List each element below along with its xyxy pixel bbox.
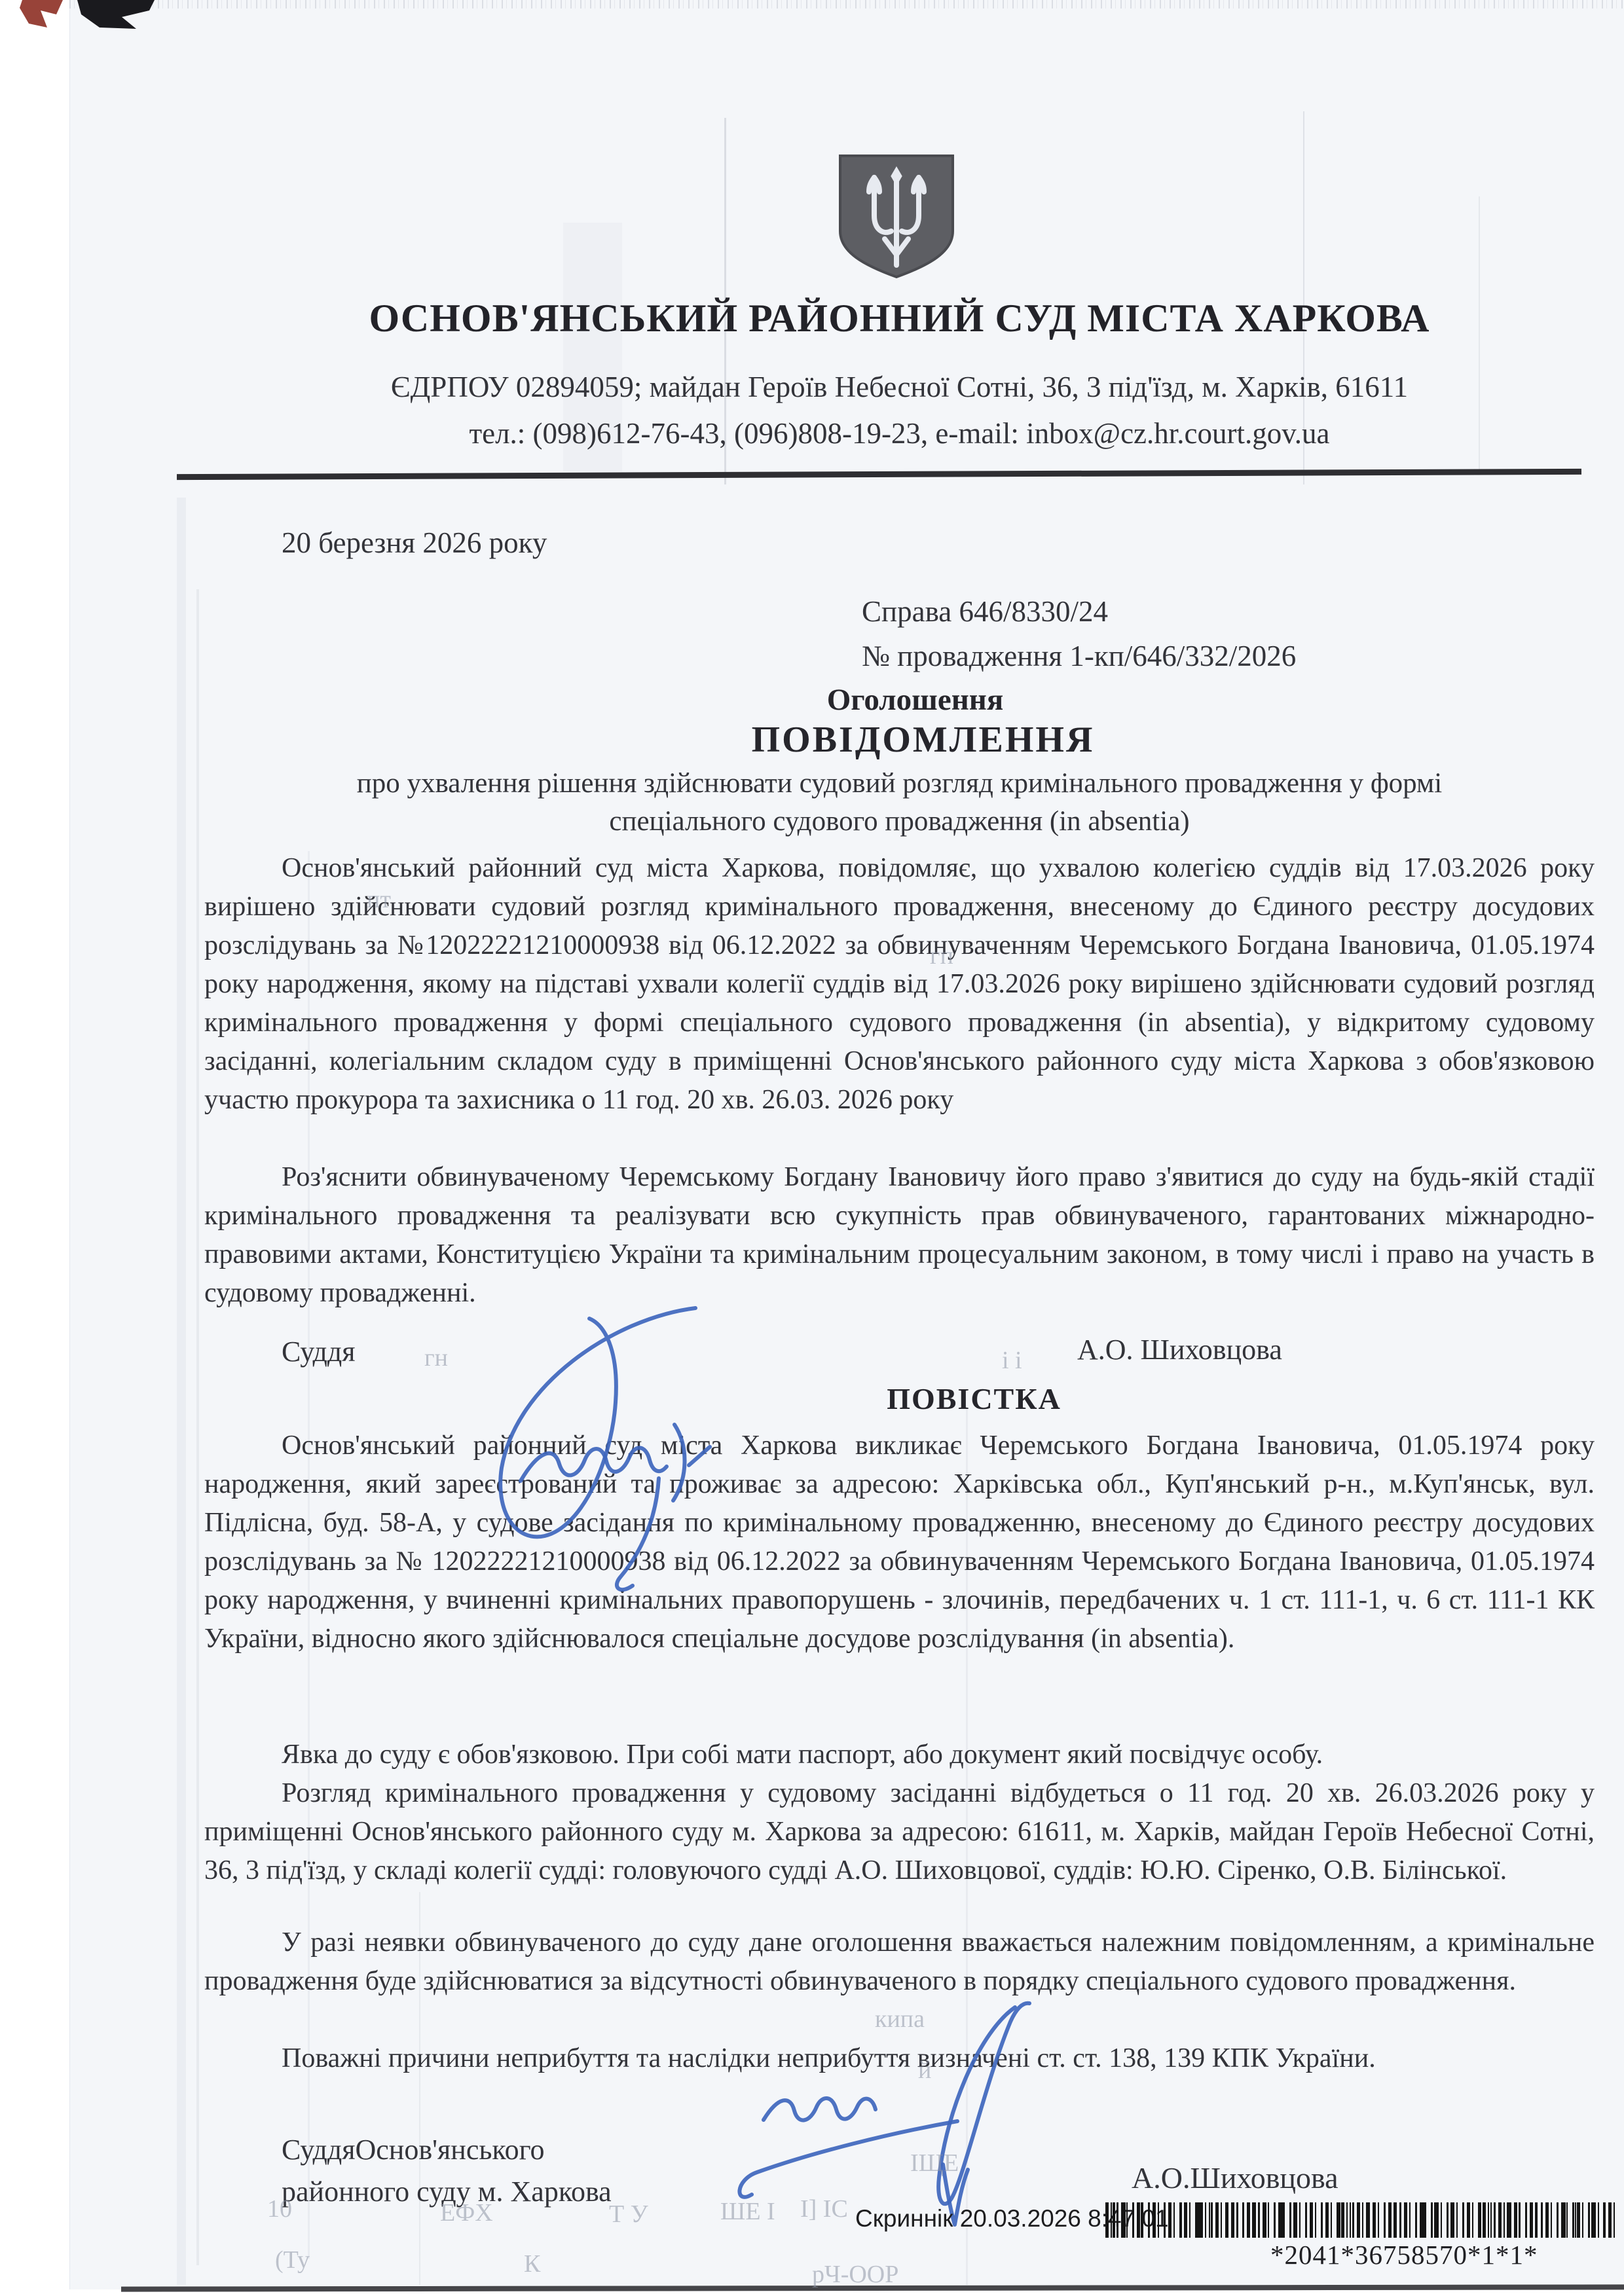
barcode-number: *2041*36758570*1*1* [1270, 2239, 1538, 2270]
ghost-text: Т У [609, 2200, 648, 2229]
ghost-text: К [524, 2250, 540, 2278]
ghost-text: рЧ-ООР [812, 2260, 898, 2289]
ghost-text: пт [367, 885, 391, 914]
closing-signature [0, 0, 1624, 2296]
ghost-text: ШЕ І [720, 2197, 775, 2226]
ghost-text: гп [930, 941, 953, 970]
ghost-text: 10 [267, 2195, 292, 2223]
ghost-text: і і [1002, 1346, 1022, 1375]
barcode-icon [1105, 2202, 1615, 2238]
ghost-text: й [918, 2056, 931, 2085]
ghost-text: гн [424, 1343, 448, 1372]
ghost-text: (Ту [275, 2246, 310, 2274]
ghost-text: кипа [875, 2005, 925, 2033]
ghost-text: ІЩЕ [910, 2149, 959, 2178]
ghost-text: І] ІС [800, 2195, 848, 2223]
scanned-court-document: ОСНОВ'ЯНСЬКИЙ РАЙОННИЙ СУД МІСТА ХАРКОВА… [0, 0, 1624, 2296]
ghost-text: ЕФХ [440, 2198, 493, 2227]
